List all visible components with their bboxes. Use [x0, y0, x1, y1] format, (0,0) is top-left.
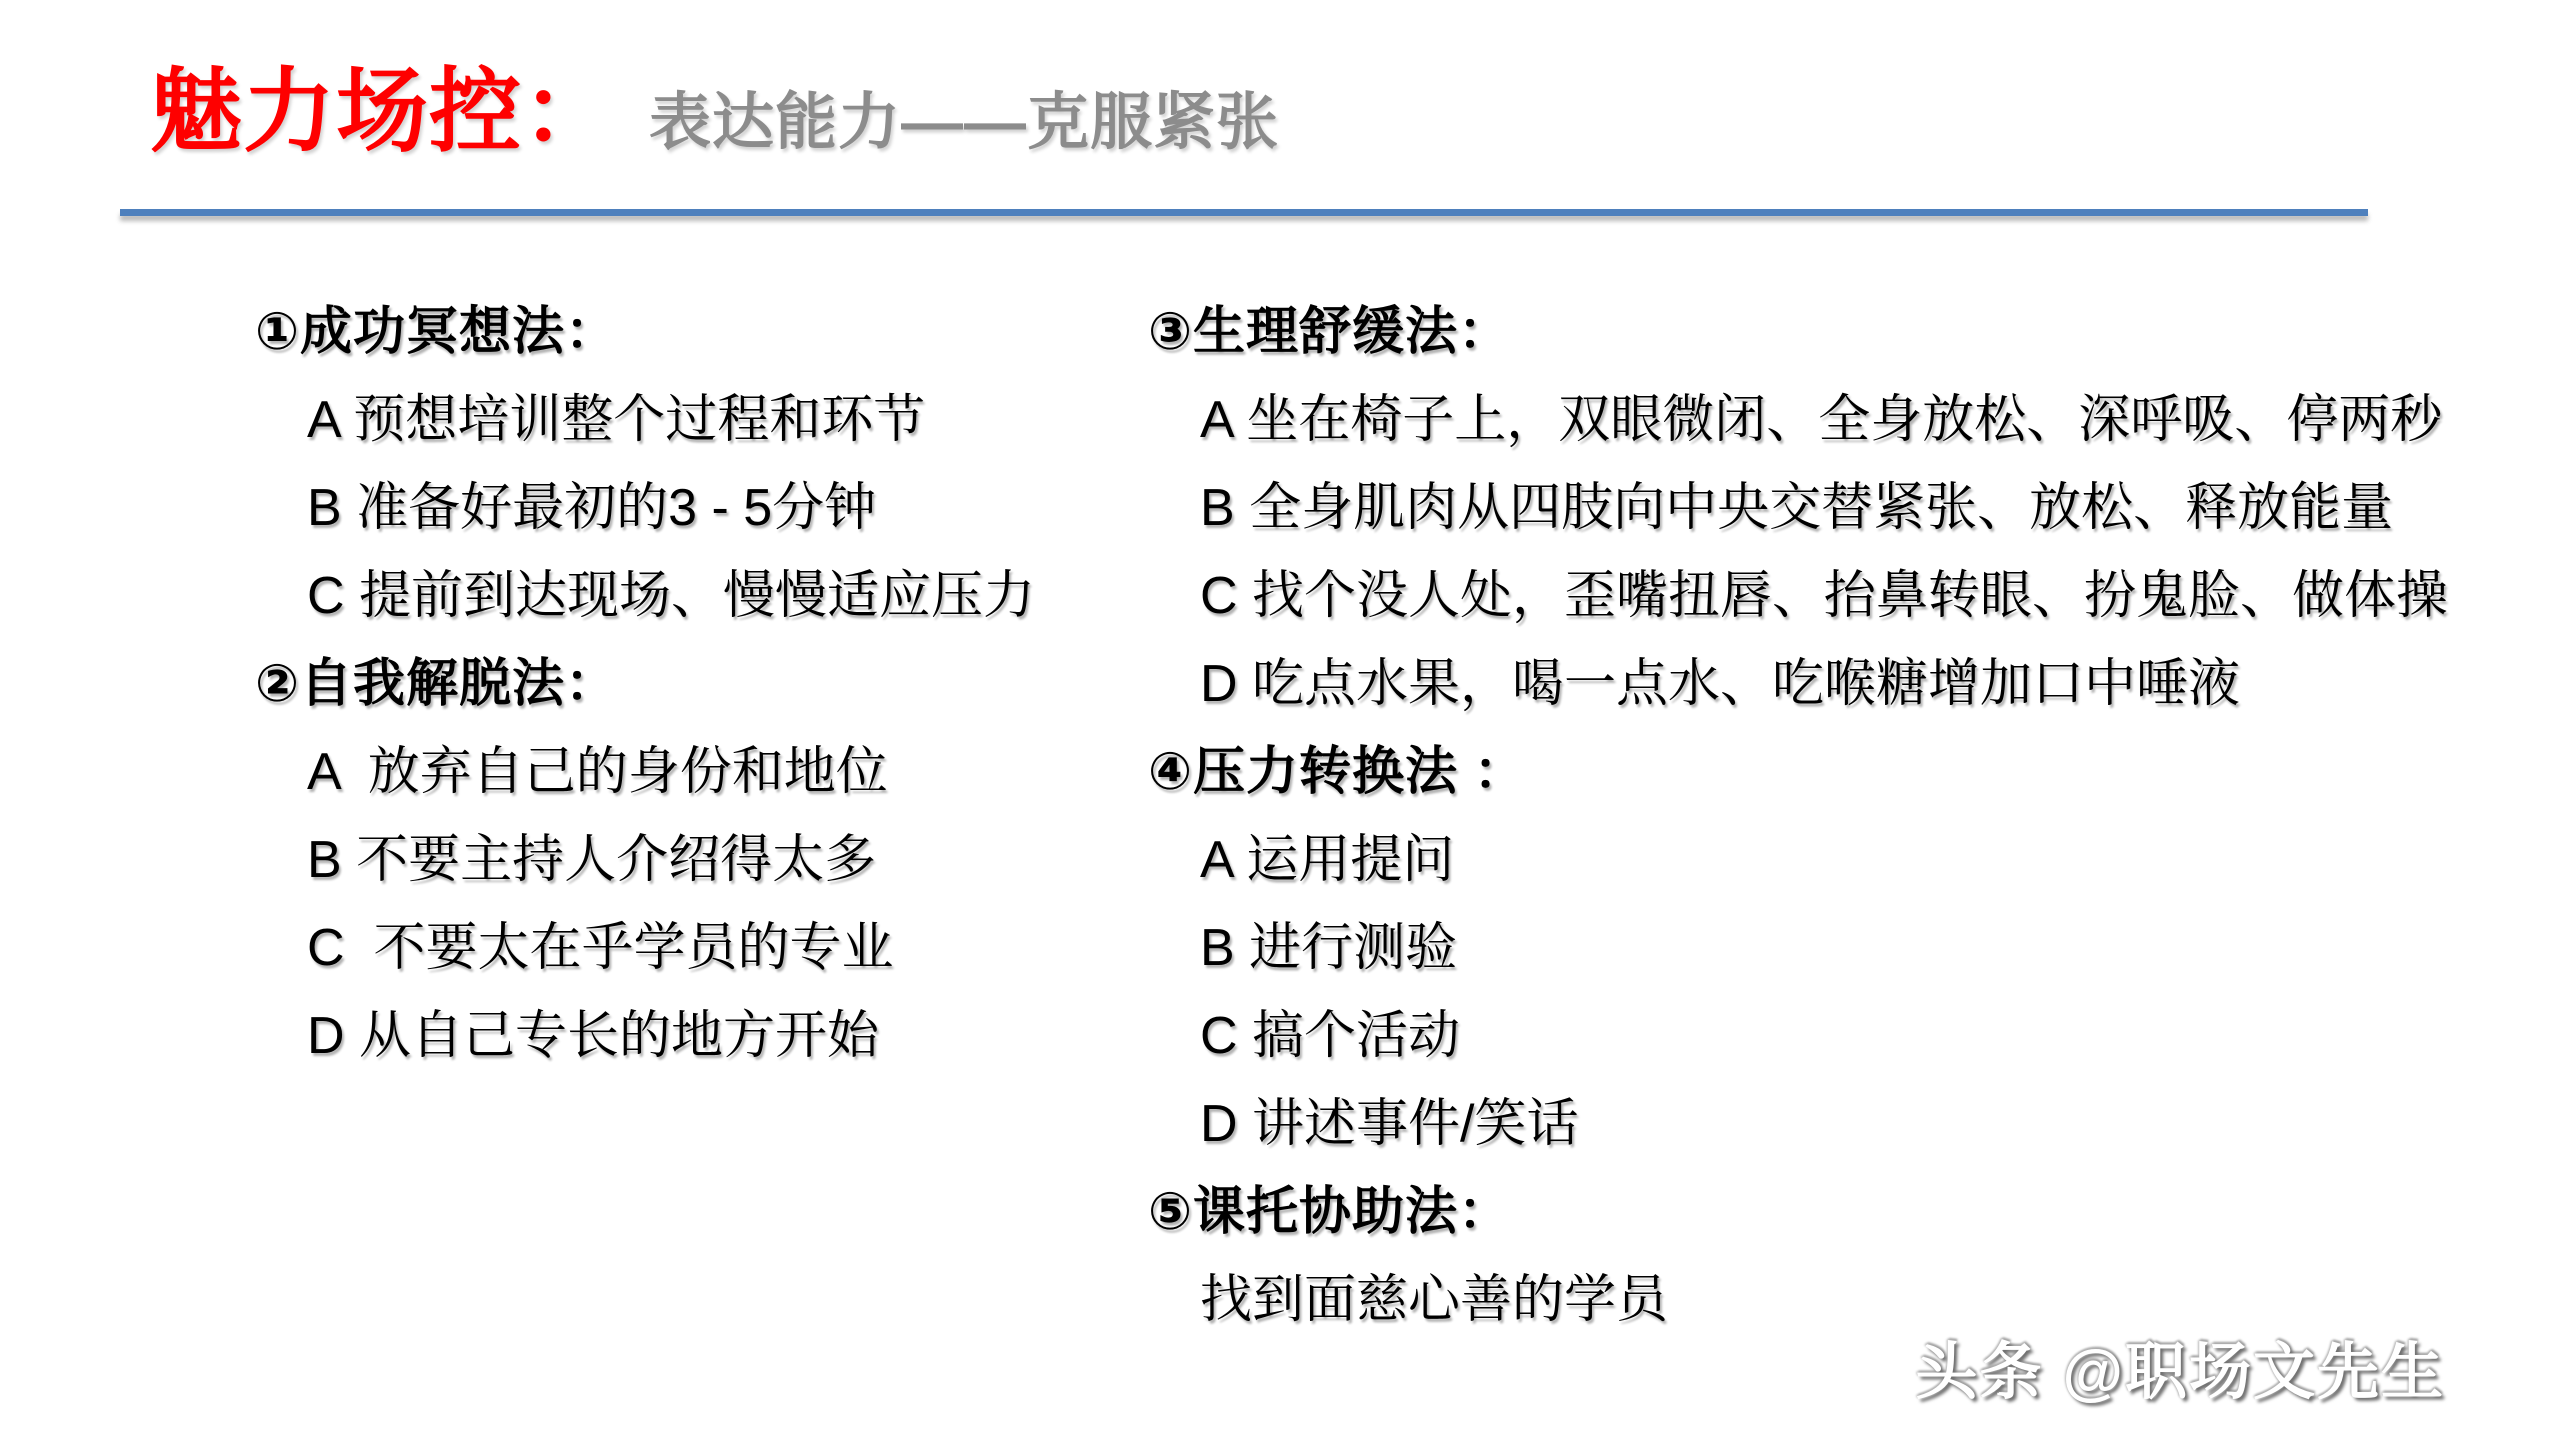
list-item: A 预想培训整个过程和环节 — [255, 376, 1035, 464]
list-item: B 全身肌肉从四肢向中央交替紧张、放松、释放能量 — [1148, 464, 2448, 552]
list-item: C 找个没人处，歪嘴扭唇、抬鼻转眼、扮鬼脸、做体操 — [1148, 552, 2448, 640]
list-item: C 不要太在乎学员的专业 — [255, 904, 1035, 992]
list-item: A 运用提问 — [1148, 816, 2448, 904]
page-title: 魅力场控： — [150, 62, 615, 163]
list-item: B 进行测验 — [1148, 904, 2448, 992]
page-subtitle: 表达能力——克服紧张 — [649, 72, 1279, 161]
section-header: ⑤课托协助法： — [1148, 1168, 2448, 1256]
list-item: A 放弃自己的身份和地位 — [255, 728, 1035, 816]
list-item: C 提前到达现场、慢慢适应压力 — [255, 552, 1035, 640]
list-item: D 从自己专长的地方开始 — [255, 992, 1035, 1080]
section-header: ②自我解脱法： — [255, 640, 1035, 728]
list-item: D 讲述事件/笑话 — [1148, 1080, 2448, 1168]
list-item: B 准备好最初的3 - 5分钟 — [255, 464, 1035, 552]
title-row: 魅力场控： 表达能力——克服紧张 — [150, 62, 1279, 163]
left-column: ①成功冥想法： A 预想培训整个过程和环节 B 准备好最初的3 - 5分钟 C … — [255, 288, 1035, 1080]
section-header: ④压力转换法 ： — [1148, 728, 2448, 816]
list-item: D 吃点水果，喝一点水、吃喉糖增加口中唾液 — [1148, 640, 2448, 728]
list-item: A 坐在椅子上，双眼微闭、全身放松、深呼吸、停两秒 — [1148, 376, 2448, 464]
section-header: ①成功冥想法： — [255, 288, 1035, 376]
slide: 魅力场控： 表达能力——克服紧张 ①成功冥想法： A 预想培训整个过程和环节 B… — [0, 0, 2560, 1440]
title-divider — [120, 209, 2368, 216]
toutiao-watermark: 头条 @职场文先生 — [1915, 1322, 2445, 1411]
right-column: ③生理舒缓法： A 坐在椅子上，双眼微闭、全身放松、深呼吸、停两秒 B 全身肌肉… — [1148, 288, 2448, 1344]
section-header: ③生理舒缓法： — [1148, 288, 2448, 376]
list-item: B 不要主持人介绍得太多 — [255, 816, 1035, 904]
list-item: C 搞个活动 — [1148, 992, 2448, 1080]
